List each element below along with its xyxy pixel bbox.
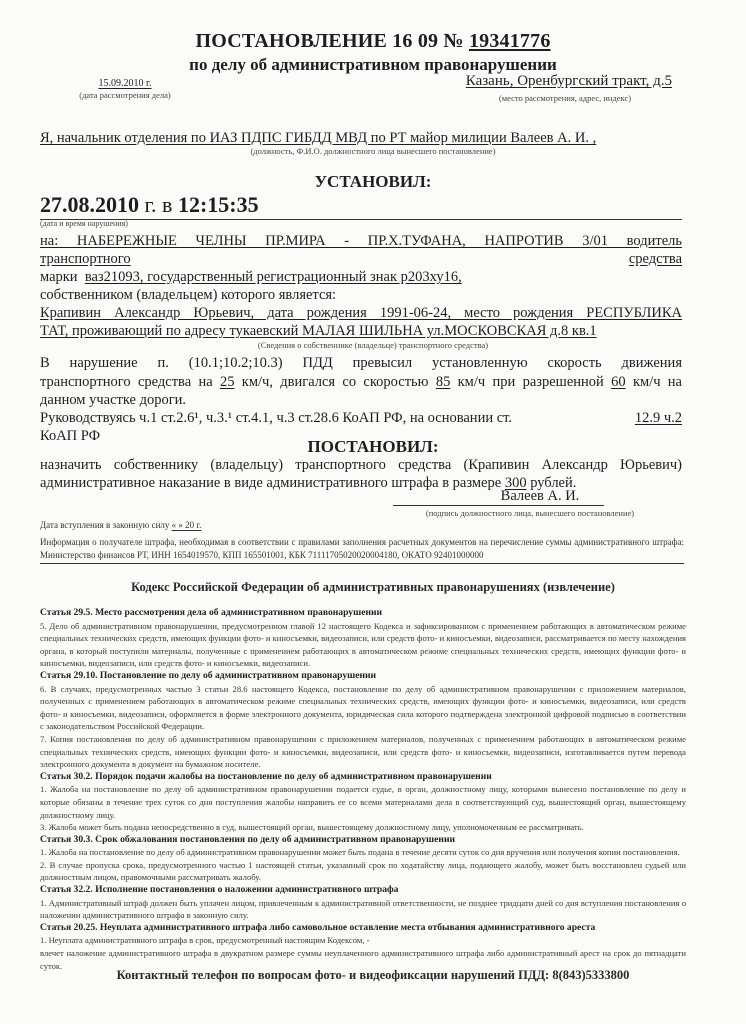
article-paragraph: 1. Административный штраф должен быть уп… — [40, 897, 686, 922]
violation-text-2: транспортного средства на 25 км/ч, двига… — [40, 373, 682, 391]
actual-speed: 85 — [436, 374, 451, 390]
vehicle-line-left: транспортного — [40, 250, 131, 268]
violation-date: 27.08.2010 — [40, 192, 139, 217]
violation-text-3: данном участке дороги. — [40, 391, 682, 409]
article-paragraph: 2. В случае пропуска срока, предусмотрен… — [40, 859, 686, 884]
violation-text-2a: транспортного средства на — [40, 374, 220, 390]
violation-datetime: 27.08.2010 г. в 12:15:35 — [40, 192, 259, 218]
article-paragraph: 3. Жалоба может быть подана непосредстве… — [40, 821, 686, 834]
article-heading: Статья 30.3. Срок обжалования постановле… — [40, 834, 686, 847]
violation-text-2d: км/ч на — [626, 374, 682, 390]
article-paragraph: 1. Жалоба на постановление по делу об ад… — [40, 783, 686, 821]
violation-time: 12:15:35 — [178, 192, 259, 217]
owner-line-2: ТАТ, проживающий по адресу тукаевский МА… — [40, 322, 682, 340]
violation-text-2c: км/ч при разрешенной — [450, 374, 611, 390]
review-place: Казань, Оренбургский тракт, д.5 — [420, 73, 672, 90]
legal-force-value: « » 20 г. — [172, 520, 202, 530]
review-date: 15.09.2010 г. — [70, 78, 180, 89]
fine-resolution-document: ПОСТАНОВЛЕНИЕ 16 09 № 19341776 по делу о… — [0, 0, 746, 1024]
review-date-caption: (дата рассмотрения дела) — [55, 90, 195, 100]
guided-by-text: Руководствуясь ч.1 ст.2.6¹, ч.3.¹ ст.4.1… — [40, 409, 512, 427]
payee-info: Информация о получателе штрафа, необходи… — [40, 536, 684, 562]
article-heading: Статья 30.2. Порядок подачи жалобы на по… — [40, 771, 686, 784]
allowed-speed: 60 — [611, 374, 626, 390]
article-paragraph: 5. Дело об административном правонарушен… — [40, 620, 686, 670]
legal-force-date: Дата вступления в законную силу « » 20 г… — [40, 520, 201, 530]
violation-text-1: В нарушение п. (10.1;10.2;10.3) ПДД прев… — [40, 354, 682, 372]
violation-date-sep: г. в — [139, 192, 178, 217]
article-heading: Статья 29.5. Место рассмотрения дела об … — [40, 607, 686, 620]
established-heading: УСТАНОВИЛ: — [0, 172, 746, 192]
vehicle-make-value: ваз21093, государственный регистрационны… — [85, 269, 462, 285]
decision-line-1: назначить собственнику (владельцу) транс… — [40, 456, 682, 474]
article-heading: Статья 32.2. Исполнение постановления о … — [40, 884, 686, 897]
guided-by-line: Руководствуясь ч.1 ст.2.6¹, ч.3.¹ ст.4.1… — [40, 409, 682, 427]
signature-line — [393, 505, 604, 506]
article-paragraph: 7. Копия постановления по делу об админи… — [40, 733, 686, 771]
review-place-caption: (место рассмотрения, адрес, индекс) — [470, 93, 660, 103]
article-heading: Статья 29.10. Постановление по делу об а… — [40, 670, 686, 683]
legal-force-label: Дата вступления в законную силу — [40, 520, 169, 530]
vehicle-line-right: средства — [629, 250, 682, 268]
vehicle-make-line: марки ваз21093, государственный регистра… — [40, 268, 682, 286]
excess-speed: 25 — [220, 374, 235, 390]
resolution-number: 19341776 — [469, 30, 551, 52]
code-extract-title: Кодекс Российской Федерации об администр… — [0, 580, 746, 595]
article-basis: 12.9 ч.2 — [575, 409, 682, 427]
owner-line-1: Крапивин Александр Юрьевич, дата рождени… — [40, 304, 682, 322]
document-subtitle: по делу об административном правонарушен… — [0, 55, 746, 75]
owner-caption: (Сведения о собственнике (владельце) тра… — [0, 340, 746, 350]
document-title: ПОСТАНОВЛЕНИЕ 16 09 № 19341776 — [0, 30, 746, 53]
owner-intro: собственником (владельцем) которого явля… — [40, 286, 682, 304]
official-statement: Я, начальник отделения по ИАЗ ПДПС ГИБДД… — [40, 130, 680, 147]
contact-phone: Контактный телефон по вопросам фото- и в… — [0, 968, 746, 983]
decided-heading: ПОСТАНОВИЛ: — [0, 437, 746, 457]
decision-line-2a: административное наказание в виде админи… — [40, 475, 505, 491]
official-caption: (должность, Ф.И.О. должностного лица вын… — [0, 146, 746, 156]
signature-name: Валеев А. И. — [440, 488, 640, 505]
article-paragraph: 6. В случаях, предусмотренных частью 3 с… — [40, 683, 686, 733]
payee-underline — [40, 563, 684, 564]
violation-location: на: НАБЕРЕЖНЫЕ ЧЕЛНЫ ПР.МИРА - ПР.Х.ТУФА… — [40, 232, 682, 250]
article-paragraph: 1. Неуплата административного штрафа в с… — [40, 934, 686, 947]
datetime-underline — [40, 219, 682, 220]
title-prefix: ПОСТАНОВЛЕНИЕ 16 09 № — [195, 30, 463, 52]
article-paragraph: 1. Жалоба на постановление по делу об ад… — [40, 846, 686, 859]
make-label: марки — [40, 269, 78, 285]
article-heading: Статья 20.25. Неуплата административного… — [40, 922, 686, 935]
violation-text-2b: км/ч, двигался со скоростью — [234, 374, 435, 390]
datetime-caption: (дата и время нарушения) — [40, 219, 128, 228]
code-extract-body: Статья 29.5. Место рассмотрения дела об … — [40, 607, 686, 972]
signature-caption: (подпись должностного лица, вынесшего по… — [395, 508, 665, 518]
vehicle-line: транспортного средства — [40, 250, 682, 268]
